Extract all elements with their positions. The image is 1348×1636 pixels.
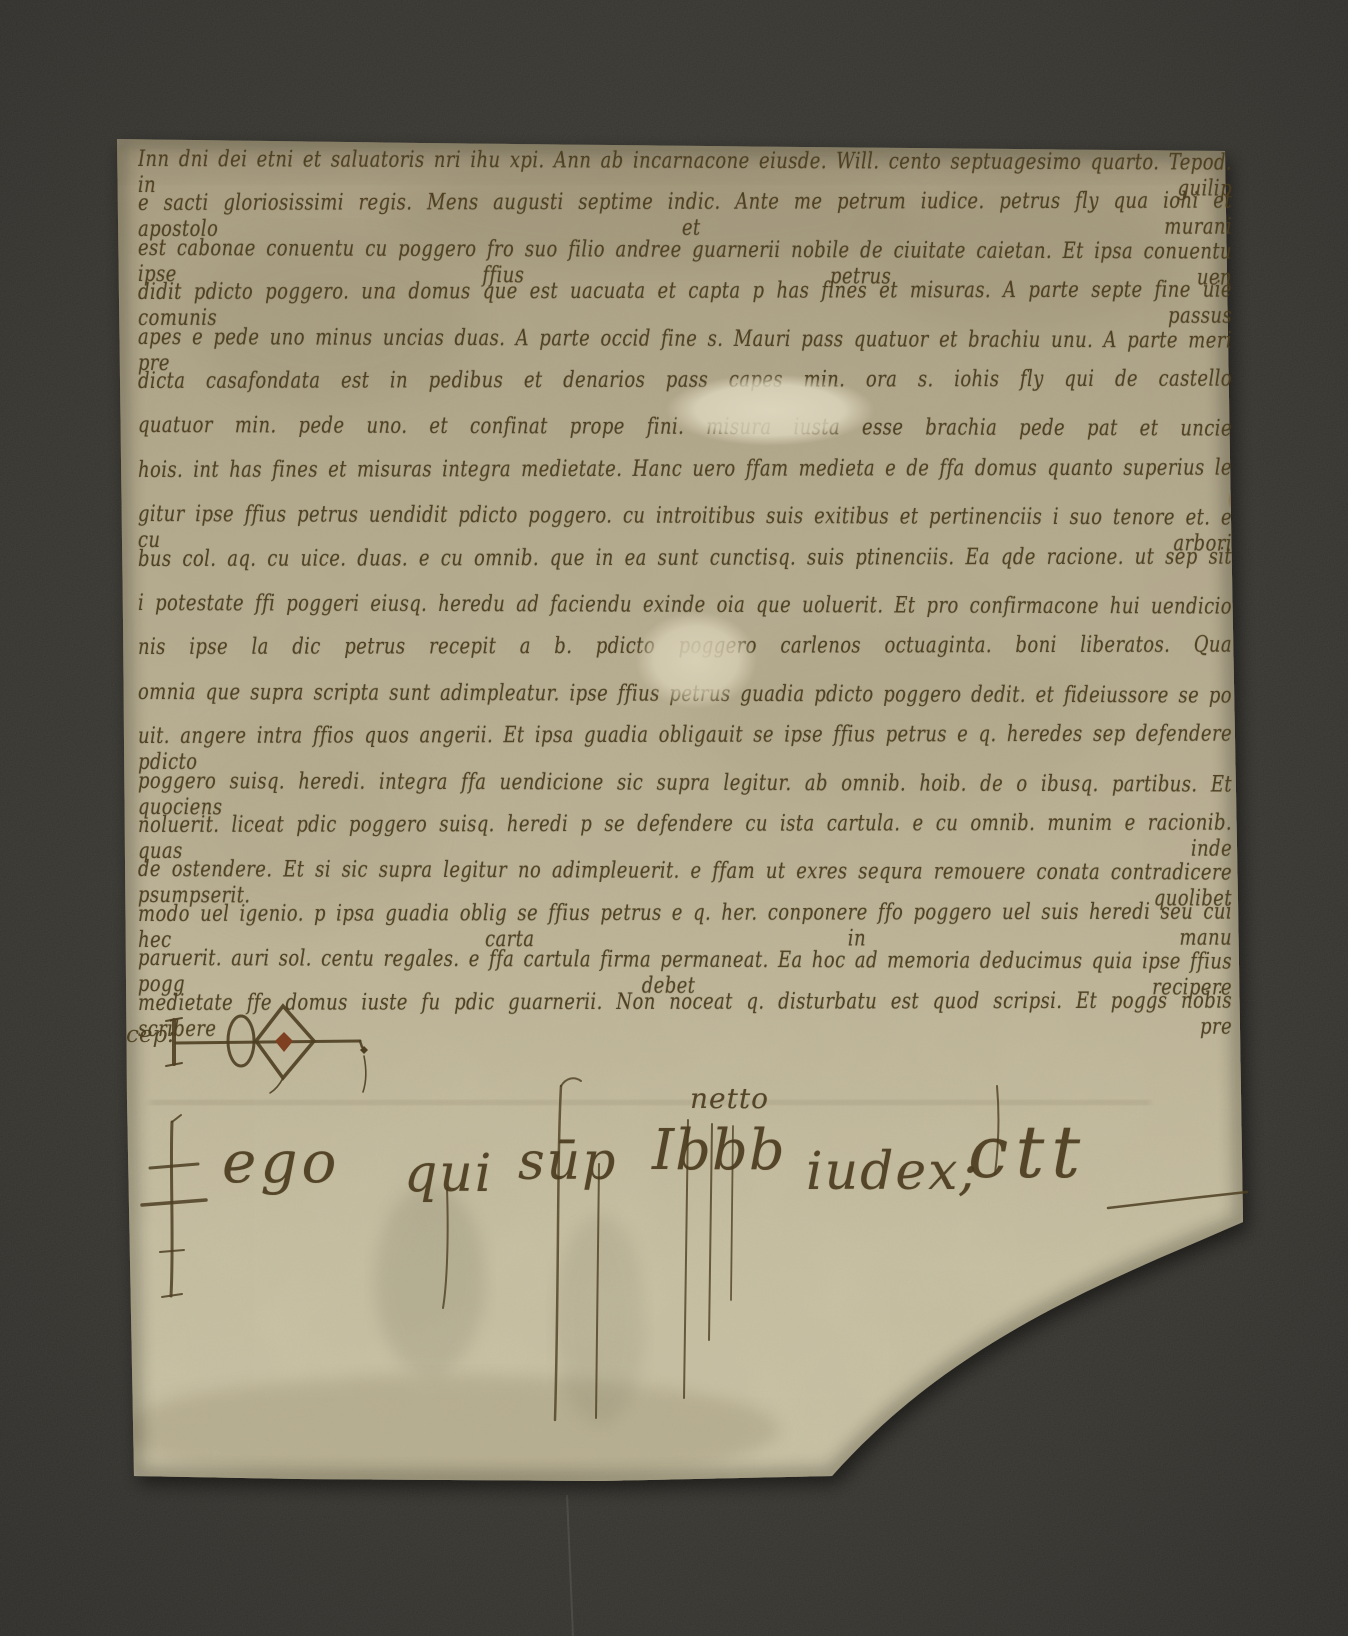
cepi-label: cep: xyxy=(126,1022,175,1048)
base-art xyxy=(0,0,1348,1636)
signature-word-ego: ego xyxy=(222,1128,340,1196)
fold-crease xyxy=(150,1100,1150,1105)
signature-word-iudex: iudex; xyxy=(806,1142,979,1202)
charter-photograph: Inn dni dei etni et saluatoris nri ihu x… xyxy=(0,0,1348,1636)
signature-superscript: netto xyxy=(690,1082,769,1115)
signature-word-qui: qui xyxy=(404,1144,493,1204)
signature-name-abbrev: Ibbb xyxy=(652,1118,786,1183)
signature-word-sup: sūp xyxy=(518,1132,617,1192)
signature-flourish: ctt xyxy=(968,1110,1087,1194)
